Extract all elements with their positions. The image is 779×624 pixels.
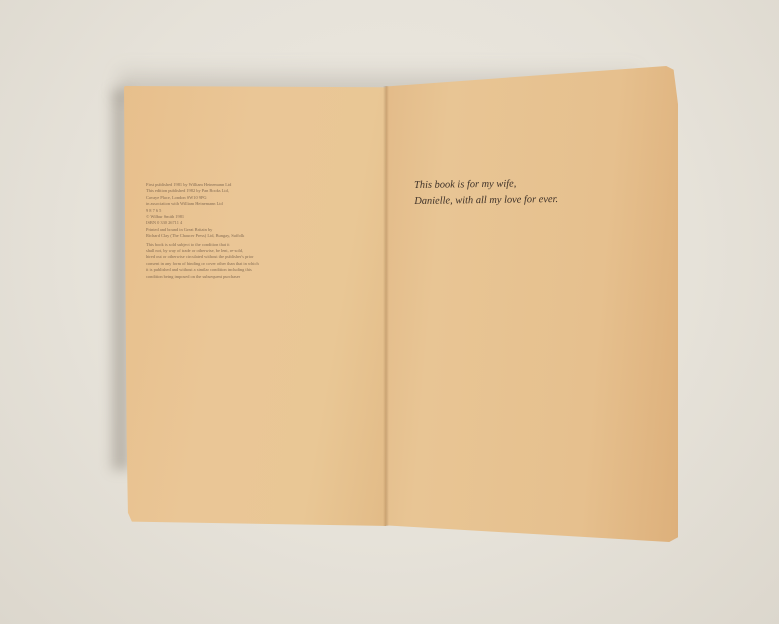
open-book: First published 1981 by William Heineman… [0,0,779,624]
left-page [124,86,386,526]
copyright-conditions: This book is sold subject to the conditi… [146,242,306,280]
copyright-block: First published 1981 by William Heineman… [146,182,306,282]
photo-scene: First published 1981 by William Heineman… [0,0,779,624]
right-page [386,66,678,542]
dedication: This book is for my wife, Danielle, with… [414,176,558,210]
book-spine-gutter [383,86,389,526]
copyright-publication-info: First published 1981 by William Heineman… [146,182,306,240]
copyright-line: condition being imposed on the subsequen… [146,274,306,280]
copyright-line: Richard Clay (The Chaucer Press) Ltd, Bu… [146,233,306,239]
dedication-line: Danielle, with all my love for ever. [414,192,558,210]
